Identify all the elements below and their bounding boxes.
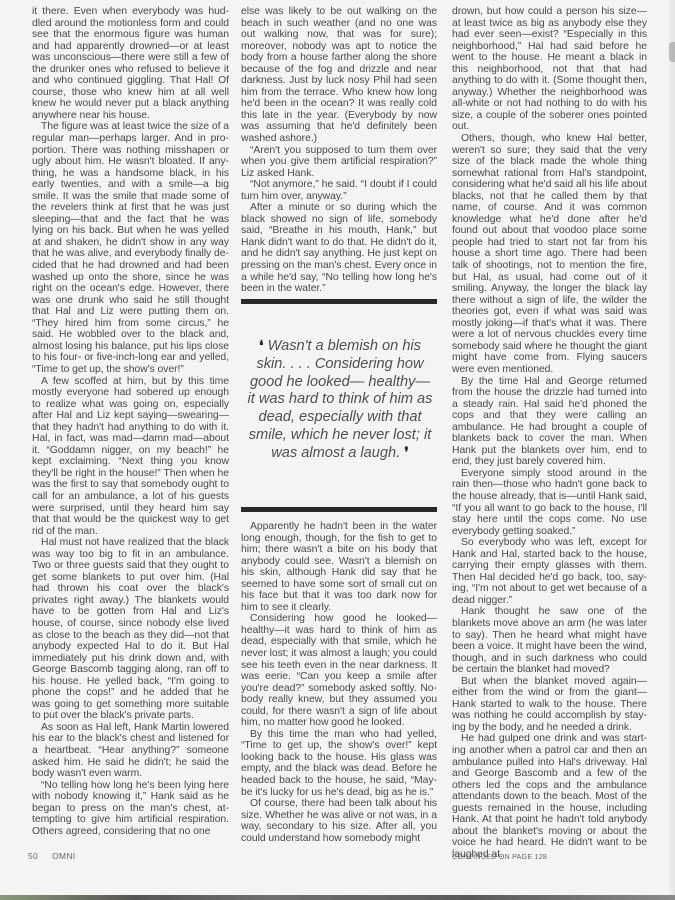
page-footer: 50OMNI (28, 851, 75, 861)
paragraph: Considering how good he looked— healthy—… (241, 613, 437, 728)
paragraph: By the time Hal and George returned from… (452, 376, 647, 468)
paragraph: After a minute or so during which the bl… (241, 202, 437, 294)
publication-name: OMNI (52, 851, 75, 861)
text-column-2: else was likely to be out walking on the… (241, 6, 437, 295)
text-column-2-lower: Apparently he hadn't been in the water l… (241, 521, 437, 844)
paragraph: Of course, there had been talk about his… (241, 798, 437, 844)
paragraph: “Aren't you supposed to turn them over w… (241, 145, 437, 180)
paragraph: Everyone simply stood around in the rain… (452, 468, 647, 537)
paragraph: He had gulped one drink and was start­in… (452, 733, 647, 860)
continued-notice: CONTINUED ON PAGE 128 (452, 852, 547, 861)
close-quote-icon: ❜ (404, 445, 409, 461)
pullquote-rule-bottom (241, 507, 437, 512)
text-column-1: it there. Even when everybody was hud­dl… (32, 6, 229, 837)
paragraph: A few scoffed at him, but by this time m… (32, 376, 229, 538)
paragraph: The figure was at least twice the size o… (32, 121, 229, 375)
paragraph: By this time the man who had yelled, “Ti… (241, 729, 437, 798)
paragraph: Apparently he hadn't been in the water l… (241, 521, 437, 613)
paragraph: it there. Even when everybody was hud­dl… (32, 6, 229, 121)
pullquote: ❛ Wasn't a blemish on his skin. . . . Co… (247, 338, 433, 463)
paragraph: “Not anymore,” he said. “I doubt if I co… (241, 179, 437, 202)
paragraph: But when the blanket moved again— either… (452, 676, 647, 734)
page-number: 50 (28, 851, 38, 861)
paragraph: So everybody who was left, except for Ha… (452, 537, 647, 606)
page-edge-shadow (667, 0, 675, 900)
text-column-3: drown, but how could a person his size—a… (452, 6, 647, 860)
page-bottom-edge (0, 895, 675, 900)
open-quote-icon: ❛ (259, 338, 264, 354)
magazine-page: it there. Even when everybody was hud­dl… (0, 0, 675, 900)
pullquote-text: Wasn't a blemish on his skin. . . . Cons… (248, 338, 433, 461)
paragraph: As soon as Hal left, Hank Martin lowered… (32, 722, 229, 780)
paragraph: drown, but how could a person his size—a… (452, 6, 647, 133)
pullquote-rule-top (241, 299, 437, 304)
paragraph: Hal must not have realized that the blac… (32, 537, 229, 722)
paragraph: Hank thought he saw one of the blankets … (452, 606, 647, 675)
page-edge-mark (669, 42, 675, 62)
paragraph: Others, though, who knew Hal better, wer… (452, 133, 647, 375)
paragraph: else was likely to be out walking on the… (241, 6, 437, 145)
paragraph: “No telling how long he's been lying her… (32, 780, 229, 838)
